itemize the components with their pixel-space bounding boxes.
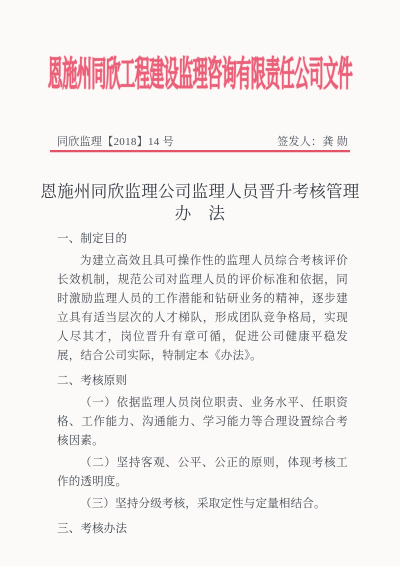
document-body: 一、制定目的 为建立高效且具可操作性的监理人员综合考核评价长效机制，规范公司对监… bbox=[57, 229, 348, 539]
paragraph: （二）坚持客观、公平、公正的原则，体现考核工作的透明度。 bbox=[57, 454, 348, 492]
section-heading: 一、制定目的 bbox=[57, 230, 348, 249]
paragraph: （一）依据监理人员岗位职责、业务水平、任职资格、工作能力、沟通能力、学习能力等合… bbox=[57, 394, 348, 451]
section-heading: 三、考核办法 bbox=[57, 520, 348, 539]
doc-meta-row: 同欣监理【2018】14 号 签发人：龚 勋 bbox=[57, 133, 348, 149]
issuer-label: 签发人： bbox=[277, 136, 322, 148]
issuer-name: 龚 勋 bbox=[322, 136, 348, 148]
red-divider bbox=[50, 150, 350, 152]
letterhead-title: 恩施州同欣工程建设监理咨询有限责任公司文件 bbox=[48, 58, 353, 98]
section-heading: 二、考核原则 bbox=[57, 372, 348, 391]
document-page: 恩施州同欣工程建设监理咨询有限责任公司文件 同欣监理【2018】14 号 签发人… bbox=[0, 0, 400, 566]
doc-title-line2: 办 法 bbox=[28, 203, 372, 225]
doc-title-line1: 恩施州同欣监理公司监理人员晋升考核管理 bbox=[28, 181, 372, 203]
paragraph: 为建立高效且具可操作性的监理人员综合考核评价长效机制，规范公司对监理人员的评价标… bbox=[57, 252, 348, 366]
paragraph: （三）坚持分级考核，采取定性与定量相结合。 bbox=[57, 495, 348, 514]
issuer: 签发人：龚 勋 bbox=[277, 133, 348, 149]
doc-title: 恩施州同欣监理公司监理人员晋升考核管理 办 法 bbox=[28, 181, 372, 225]
doc-number: 同欣监理【2018】14 号 bbox=[57, 133, 174, 149]
letterhead: 恩施州同欣工程建设监理咨询有限责任公司文件 bbox=[0, 57, 400, 75]
